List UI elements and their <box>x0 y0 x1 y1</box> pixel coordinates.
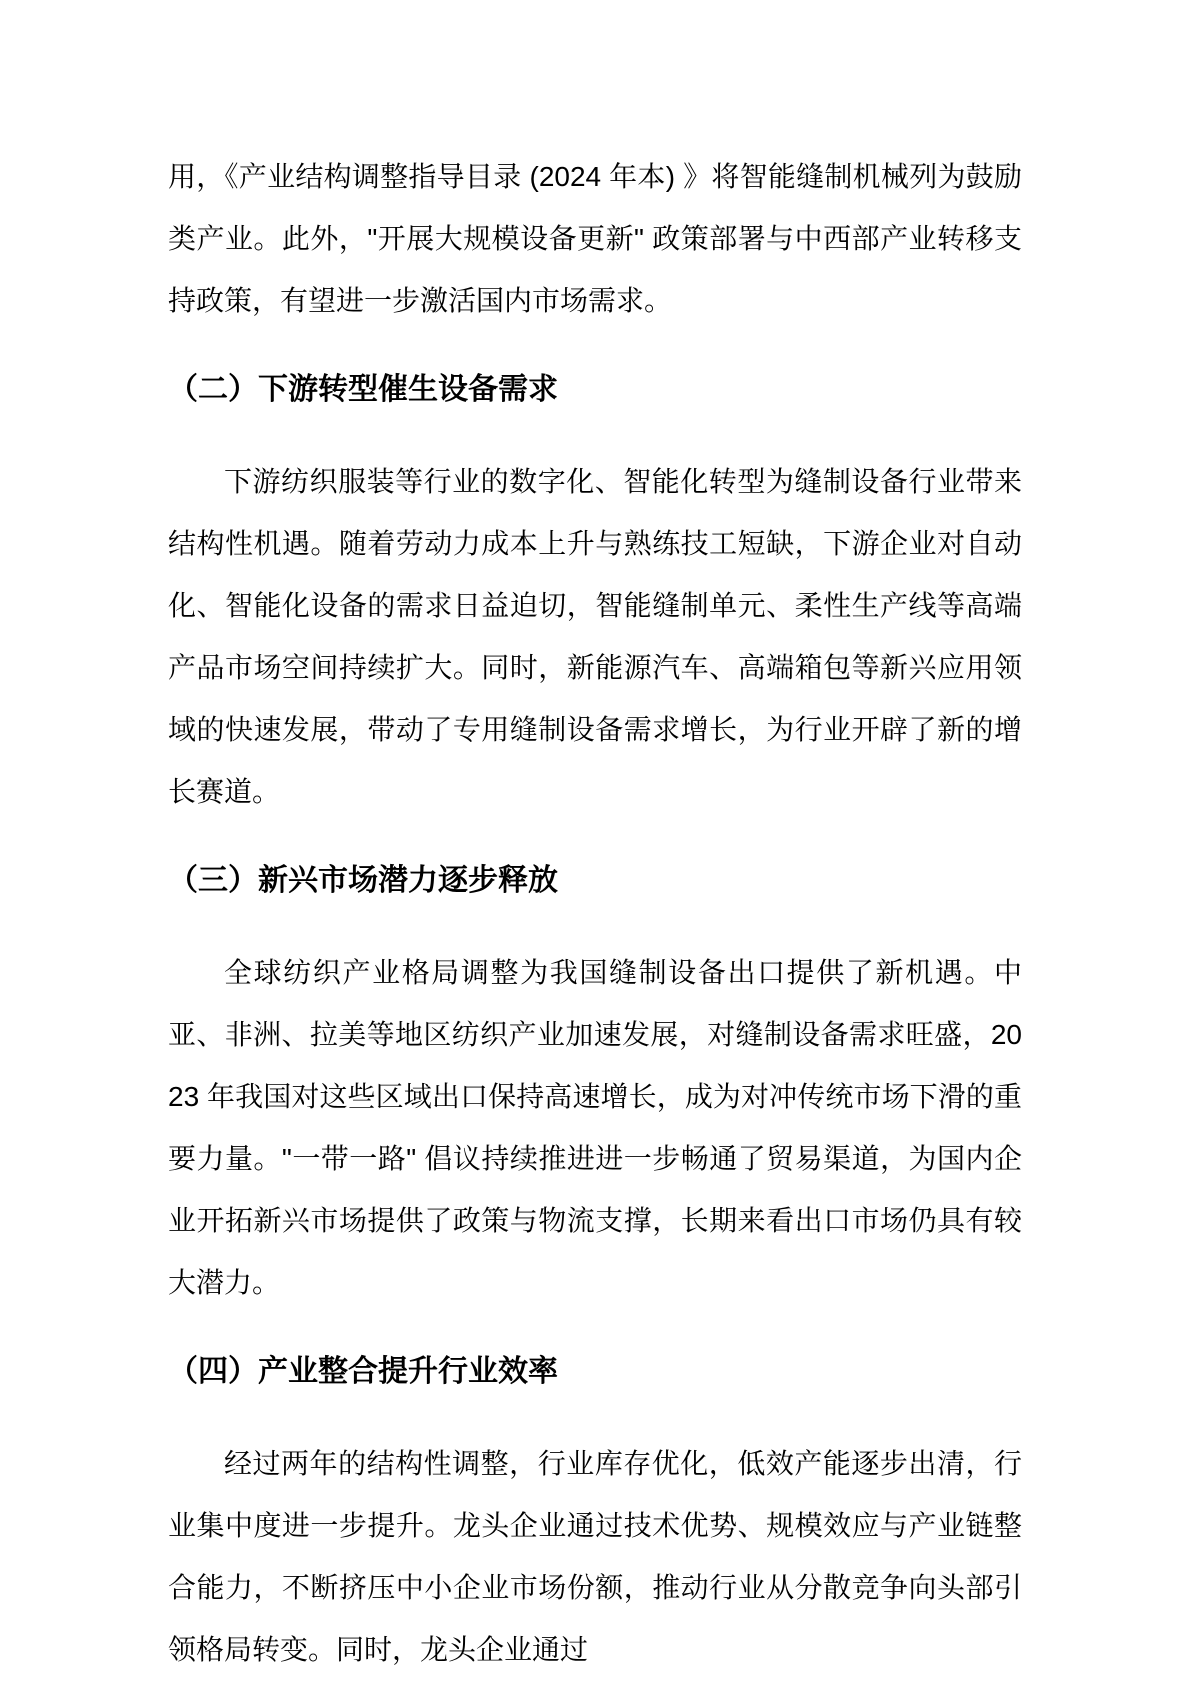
section-heading-2-downstream-demand: （二）下游转型催生设备需求 <box>168 365 1022 415</box>
section-heading-3-emerging-markets: （三）新兴市场潜力逐步释放 <box>168 856 1022 906</box>
paragraph-policy-continuation: 用，《产业结构调整指导目录 (2024 年本) 》将智能缝制机械列为鼓励类产业。… <box>168 146 1022 332</box>
paragraph-emerging-markets: 全球纺织产业格局调整为我国缝制设备出口提供了新机遇。中亚、非洲、拉美等地区纺织产… <box>168 942 1022 1314</box>
section-heading-4-industry-consolidation: （四）产业整合提升行业效率 <box>168 1347 1022 1397</box>
document-page: 用，《产业结构调整指导目录 (2024 年本) 》将智能缝制机械列为鼓励类产业。… <box>0 0 1190 1683</box>
paragraph-industry-consolidation: 经过两年的结构性调整，行业库存优化，低效产能逐步出清，行业集中度进一步提升。龙头… <box>168 1433 1022 1681</box>
paragraph-downstream-transformation: 下游纺织服装等行业的数字化、智能化转型为缝制设备行业带来结构性机遇。随着劳动力成… <box>168 451 1022 823</box>
